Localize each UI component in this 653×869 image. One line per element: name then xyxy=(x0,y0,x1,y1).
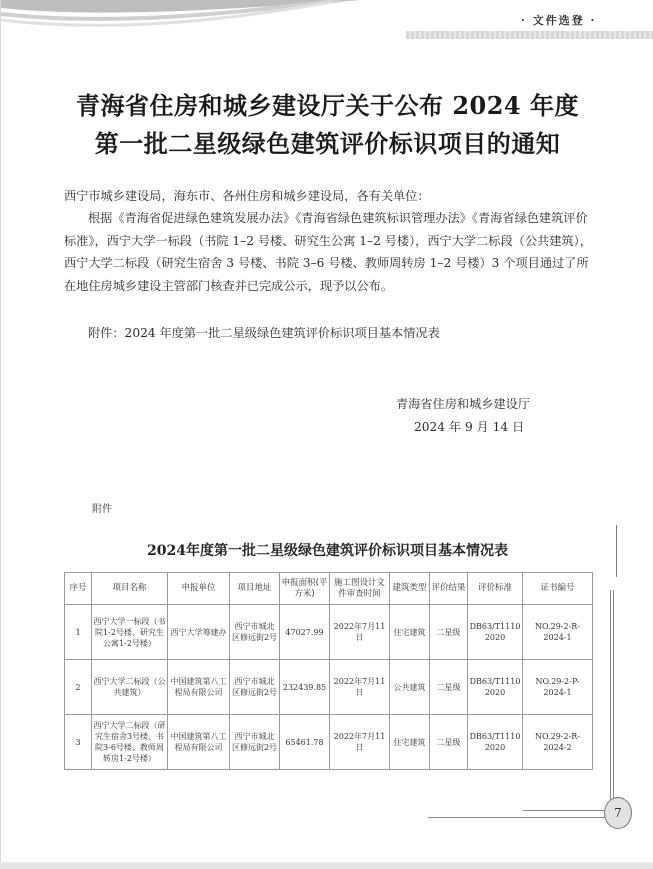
cell-result: 二星级 xyxy=(430,605,468,660)
project-info-table: 序号 项目名称 申报单位 项目地址 申报面积(平方米) 施工图设计文件审查时间 … xyxy=(64,572,593,770)
cell-project-name: 西宁大学一标段（书院1-2号楼、研究生公寓1-2号楼） xyxy=(92,605,168,660)
table-header-row: 序号 项目名称 申报单位 项目地址 申报面积(平方米) 施工图设计文件审查时间 … xyxy=(65,573,593,605)
cell-review-date: 2022年7月11日 xyxy=(330,715,390,770)
decorative-frame-line xyxy=(428,817,606,818)
document-page: · 文件选登 · 青海省住房和城乡建设厅关于公布 2024 年度 第一批二星级绿… xyxy=(0,0,653,862)
cell-standard: DB63/T1110 2020 xyxy=(468,660,523,715)
decorative-frame-line xyxy=(523,810,607,811)
cell-standard: DB63/T1110 2020 xyxy=(468,605,523,660)
decorative-vertical-line xyxy=(616,525,617,577)
document-title-line1: 青海省住房和城乡建设厅关于公布 2024 年度 xyxy=(1,86,653,121)
annex-label: 附件 xyxy=(92,500,112,515)
signature-date: 2024 年 9 月 14 日 xyxy=(414,418,524,435)
cell-address: 西宁市城北区修远街2号 xyxy=(230,605,280,660)
cell-building-type: 住宅建筑 xyxy=(390,715,430,770)
cell-result: 二星级 xyxy=(430,715,468,770)
header-decorative-bar xyxy=(406,31,653,39)
cell-no: 1 xyxy=(65,605,92,660)
cell-review-date: 2022年7月11日 xyxy=(330,605,390,660)
document-title-line2: 第一批二星级绿色建筑评价标识项目的通知 xyxy=(1,124,653,159)
cell-certificate: NO.29-2-R-2024-2 xyxy=(523,715,593,770)
cell-area: 232439.85 xyxy=(280,660,330,715)
column-header: 项目地址 xyxy=(230,573,280,605)
cell-building-type: 公共建筑 xyxy=(390,660,430,715)
cell-certificate: NO.29-2-P-2024-1 xyxy=(523,660,593,715)
column-header: 评价标准 xyxy=(468,573,523,605)
cell-certificate: NO.29-2-R-2024-1 xyxy=(523,605,593,660)
column-header: 证书编号 xyxy=(523,573,593,605)
decorative-swoosh xyxy=(1,0,361,40)
table-row: 1 西宁大学一标段（书院1-2号楼、研究生公寓1-2号楼） 西宁大学筹建办 西宁… xyxy=(65,605,593,660)
signature-organization: 青海省住房和城乡建设厅 xyxy=(396,395,530,412)
column-header: 申报单位 xyxy=(168,573,230,605)
cell-standard: DB63/T1110 2020 xyxy=(468,715,523,770)
table-row: 2 西宁大学二标段（公共建筑） 中国建筑第八工程局有限公司 西宁市城北区修远街2… xyxy=(65,660,593,715)
cell-review-date: 2022年7月11日 xyxy=(330,660,390,715)
cell-no: 2 xyxy=(65,660,92,715)
column-header: 申报面积(平方米) xyxy=(280,573,330,605)
cell-project-name: 西宁大学二标段（研究生宿舍3号楼、书院3-6号楼、教师周转房1-2号楼） xyxy=(92,715,168,770)
page-number-badge: 7 xyxy=(604,797,632,829)
cell-applicant: 西宁大学筹建办 xyxy=(168,605,230,660)
cell-result: 二星级 xyxy=(430,660,468,715)
cell-address: 西宁市城北区修远街2号 xyxy=(230,660,280,715)
decorative-frame-line xyxy=(610,590,614,800)
cell-no: 3 xyxy=(65,715,92,770)
body-paragraph: 根据《青海省促进绿色建筑发展办法》《青海省绿色建筑标识管理办法》《青海省绿色建筑… xyxy=(64,207,594,297)
cell-applicant: 中国建筑第八工程局有限公司 xyxy=(168,715,230,770)
column-header: 施工图设计文件审查时间 xyxy=(330,573,390,605)
cell-project-name: 西宁大学二标段（公共建筑） xyxy=(92,660,168,715)
attachment-reference: 附件：2024 年度第一批二星级绿色建筑评价标识项目基本情况表 xyxy=(88,324,440,341)
annex-table-title: 2024年度第一批二星级绿色建筑评价标识项目基本情况表 xyxy=(1,540,653,560)
column-header: 建筑类型 xyxy=(390,573,430,605)
addressee: 西宁市城乡建设局，海东市、各州住房和城乡建设局，各有关单位： xyxy=(64,185,594,208)
column-header: 项目名称 xyxy=(92,573,168,605)
column-header: 评价结果 xyxy=(430,573,468,605)
table-row: 3 西宁大学二标段（研究生宿舍3号楼、书院3-6号楼、教师周转房1-2号楼） 中… xyxy=(65,715,593,770)
cell-area: 47027.99 xyxy=(280,605,330,660)
cell-address: 西宁市城北区修远街2号 xyxy=(230,715,280,770)
cell-area: 65461.78 xyxy=(280,715,330,770)
cell-applicant: 中国建筑第八工程局有限公司 xyxy=(168,660,230,715)
column-header: 序号 xyxy=(65,573,92,605)
cell-building-type: 住宅建筑 xyxy=(390,605,430,660)
section-label: · 文件选登 · xyxy=(521,12,596,28)
